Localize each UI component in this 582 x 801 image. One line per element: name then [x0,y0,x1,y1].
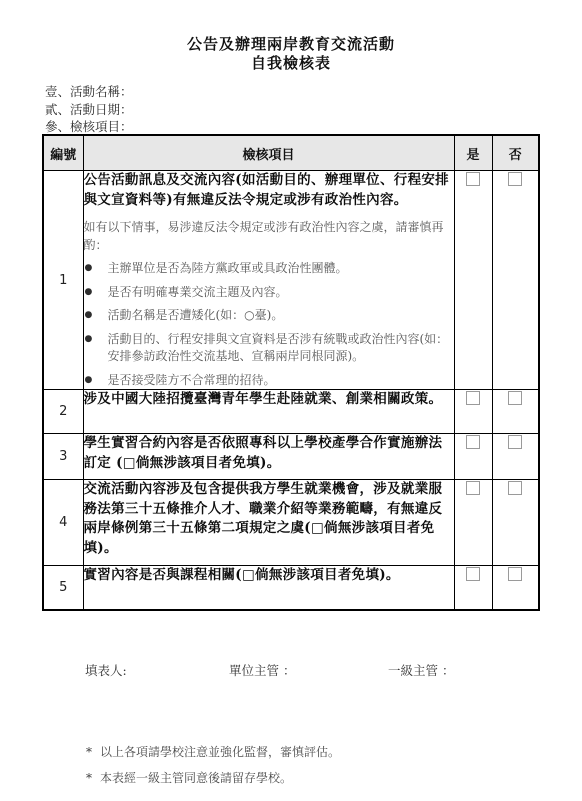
bullet-text: 是否接受陸方不合常理的招待。 [108,372,454,390]
form-meta-fields: 壹、活動名稱： 貳、活動日期： 參、檢核項目： [45,83,133,136]
preparer-signature-label: 填表人: [85,661,225,679]
asterisk-icon: * [86,770,100,787]
asterisk-icon: * [86,744,100,761]
yes-checkbox-row-4[interactable] [466,481,480,495]
yes-cell-row-2 [454,390,492,434]
row-number: 4 [43,480,83,566]
yes-checkbox-row-2[interactable] [466,391,480,405]
footnote-2: * 本表經一級主管同意後請留存學校。 [86,770,340,787]
no-checkbox-row-5[interactable] [508,567,522,581]
item-main-text: 涉及中國大陸招攬臺灣青年學生赴陸就業、創業相關政策。 [84,390,454,410]
footnotes: * 以上各項請學校注意並強化監督，審慎評估。 * 本表經一級主管同意後請留存學校… [86,744,340,796]
yes-checkbox-row-5[interactable] [466,567,480,581]
bullet-icon: ● [84,307,108,325]
row-number: 5 [43,566,83,610]
column-header-no: 否 [492,135,539,171]
item-main-text: 公告活動訊息及交流內容(如活動目的、辦理單位、行程安排與文宣資料等)有無違反法令… [84,171,454,210]
list-item: ● 活動名稱是否遭矮化(如：○臺)。 [84,307,454,325]
bullet-text: 活動目的、行程安排與文宣資料是否涉有統戰或政治性內容(如：安排參訪政治性交流基地… [108,331,454,366]
yes-checkbox-row-1[interactable] [466,172,480,186]
table-header-row: 編號 檢核項目 是 否 [43,135,539,171]
footnote-1: * 以上各項請學校注意並強化監督，審慎評估。 [86,744,340,761]
row-item-cell: 實習內容是否與課程相關(□倘無涉該項目者免填)。 [83,566,454,610]
no-cell-row-3 [492,434,539,480]
row-item-cell: 交流活動內容涉及包含提供我方學生就業機會，涉及就業服務法第三十五條推介人才、職業… [83,480,454,566]
row-number: 1 [43,171,83,390]
list-item: ● 是否接受陸方不合常理的招待。 [84,372,454,390]
no-cell-row-4 [492,480,539,566]
no-cell-row-2 [492,390,539,434]
no-checkbox-row-3[interactable] [508,435,522,449]
yes-checkbox-row-3[interactable] [466,435,480,449]
check-items-section-label: 參、檢核項目： [45,118,133,136]
item-main-text: 交流活動內容涉及包含提供我方學生就業機會，涉及就業服務法第三十五條推介人才、職業… [84,480,454,558]
no-checkbox-row-1[interactable] [508,172,522,186]
table-row: 1 公告活動訊息及交流內容(如活動目的、辦理單位、行程安排與文宣資料等)有無違反… [43,171,539,390]
no-cell-row-1 [492,171,539,390]
bullet-icon: ● [84,372,108,390]
footnote-text: 以上各項請學校注意並強化監督，審慎評估。 [100,744,340,761]
row-item-cell: 公告活動訊息及交流內容(如活動目的、辦理單位、行程安排與文宣資料等)有無違反法令… [83,171,454,390]
item-main-text: 實習內容是否與課程相關(□倘無涉該項目者免填)。 [84,566,454,586]
yes-cell-row-4 [454,480,492,566]
row-number: 2 [43,390,83,434]
bullet-icon: ● [84,331,108,366]
page-title-line1: 公告及辦理兩岸教育交流活動 [0,35,582,54]
row-number: 3 [43,434,83,480]
activity-date-field-label: 貳、活動日期： [45,101,133,119]
list-item: ● 主辦單位是否為陸方黨政軍或具政治性團體。 [84,260,454,278]
no-checkbox-row-2[interactable] [508,391,522,405]
no-checkbox-row-4[interactable] [508,481,522,495]
list-item: ● 是否有明確專業交流主題及內容。 [84,284,454,302]
yes-cell-row-3 [454,434,492,480]
bullet-text: 主辦單位是否為陸方黨政軍或具政治性團體。 [108,260,454,278]
column-header-item: 檢核項目 [83,135,454,171]
footnote-text: 本表經一級主管同意後請留存學校。 [100,770,340,787]
table-row: 2 涉及中國大陸招攬臺灣青年學生赴陸就業、創業相關政策。 [43,390,539,434]
yes-cell-row-5 [454,566,492,610]
page-title: 公告及辦理兩岸教育交流活動 自我檢核表 [0,35,582,73]
unit-supervisor-signature-label: 單位主管 ： [229,661,384,679]
table-row: 3 學生實習合約內容是否依照專科以上學校產學合作實施辦法訂定 (□倘無涉該項目者… [43,434,539,480]
no-cell-row-5 [492,566,539,610]
page-title-line2: 自我檢核表 [0,54,582,73]
activity-name-field-label: 壹、活動名稱： [45,83,133,101]
item-sub-note: 如有以下情事，易涉違反法令規定或涉有政治性內容之虞，請審慎再酌： [84,218,454,254]
list-item: ● 活動目的、行程安排與文宣資料是否涉有統戰或政治性內容(如：安排參訪政治性交流… [84,331,454,366]
checklist-table: 編號 檢核項目 是 否 1 公告活動訊息及交流內容(如活動目的、辦理單位、行程安… [42,134,540,611]
table-row: 5 實習內容是否與課程相關(□倘無涉該項目者免填)。 [43,566,539,610]
table-row: 4 交流活動內容涉及包含提供我方學生就業機會，涉及就業服務法第三十五條推介人才、… [43,480,539,566]
bullet-icon: ● [84,284,108,302]
signature-row: 填表人: 單位主管 ： 一級主管 ： [85,661,555,679]
yes-cell-row-1 [454,171,492,390]
item-bullet-list: ● 主辦單位是否為陸方黨政軍或具政治性團體。 ● 是否有明確專業交流主題及內容。… [84,260,454,389]
bullet-icon: ● [84,260,108,278]
bullet-text: 是否有明確專業交流主題及內容。 [108,284,454,302]
self-check-form-page: 公告及辦理兩岸教育交流活動 自我檢核表 壹、活動名稱： 貳、活動日期： 參、檢核… [0,0,582,801]
row-item-cell: 涉及中國大陸招攬臺灣青年學生赴陸就業、創業相關政策。 [83,390,454,434]
item-main-text: 學生實習合約內容是否依照專科以上學校產學合作實施辦法訂定 (□倘無涉該項目者免填… [84,434,454,473]
row-item-cell: 學生實習合約內容是否依照專科以上學校產學合作實施辦法訂定 (□倘無涉該項目者免填… [83,434,454,480]
column-header-number: 編號 [43,135,83,171]
bullet-text: 活動名稱是否遭矮化(如：○臺)。 [108,307,454,325]
column-header-yes: 是 [454,135,492,171]
first-level-supervisor-signature-label: 一級主管 ： [388,661,454,679]
